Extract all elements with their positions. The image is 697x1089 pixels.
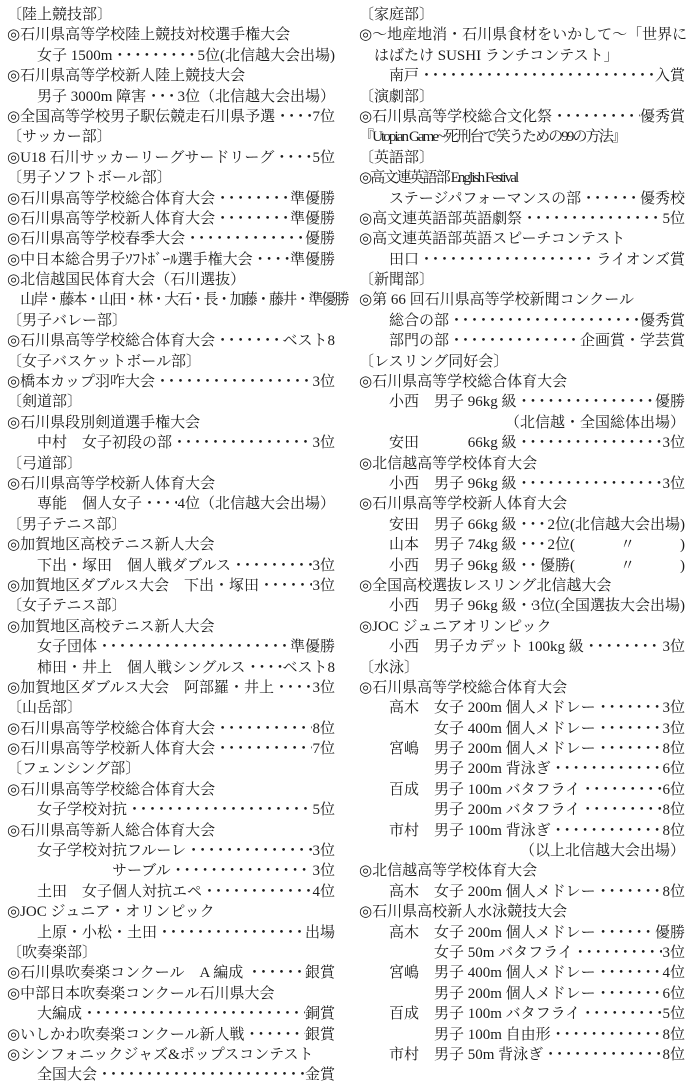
text-line: ◎石川県高等新人総合体育大会 <box>7 821 335 841</box>
entry-label: 高木 女子 200m 個人メドレー <box>359 923 596 943</box>
dot-leader: ・・・・ <box>517 515 548 535</box>
entry-line: （以上北信越大会出場） <box>359 841 685 861</box>
entry-label: ◎石川県高等学校新人体育大会 <box>7 739 215 759</box>
entry-line: 女子団体・・・・・・・・・・・・・・・・・・・・・・・・・準優勝 <box>7 637 335 657</box>
entry-result: 優勝( 〃 ) <box>540 556 685 576</box>
section-header: 〔演劇部〕 <box>359 87 685 107</box>
entry-result: 3位 <box>662 474 685 494</box>
text-line: ◎北信越高等学校体育大会 <box>359 454 685 474</box>
dot-leader: ・・・・・・・・ <box>581 189 640 209</box>
entry-result: 3位 <box>662 698 685 718</box>
column-right: 〔家庭部〕◎～地産地消・石川県食材をいかして～「世界に はばたけ SUSHI ラ… <box>359 5 685 1089</box>
entry-line: 小西 男子 96kg 級・・・・・・・・・・・・・・・・・・3位 <box>359 474 685 494</box>
entry-label: 小西 男子カデット 100kg 級 <box>359 637 584 657</box>
dot-leader: ・・・・・・・・・・・・・・・・・・・・・・・・・・ <box>97 1065 305 1085</box>
dot-leader: ・・・・・・・・・ <box>215 209 290 229</box>
entry-label: 宮嶋 男子 400m 個人メドレー <box>359 963 596 983</box>
entry-result: 銀賞 <box>305 1025 335 1045</box>
section-header: 〔レスリング同好会〕 <box>359 352 685 372</box>
entry-label: サーブル <box>7 861 171 881</box>
entry-result: 優秀校 <box>640 189 685 209</box>
entry-label: 柿田・井上 個人戦シングルス <box>7 658 245 678</box>
text-line: ◎JOC ジュニア・オリンピック <box>7 902 335 922</box>
entry-label: ◎石川県高等学校総合体育大会 <box>7 719 215 739</box>
entry-label: 女子学校対抗 <box>7 800 127 820</box>
entry-result: ベスト8 <box>282 658 335 678</box>
text-line: 山岸・藤本・山田・林・大石・長・加藤・藤井・準優勝 <box>7 290 335 310</box>
entry-line: ◎加賀地区ダブルス大会 下出・塚田・・・・・・・3位 <box>7 576 335 596</box>
entry-label: ◎全国高等学校男子駅伝競走石川県予選 <box>7 107 275 127</box>
entry-line: 男子 3000m 障害・・・・・3位（北信越大会出場） <box>7 87 335 107</box>
entry-line: 市村 男子 50m 背泳ぎ・・・・・・・・・・・・・・・8位 <box>359 1045 685 1065</box>
entry-label: ◎石川県高等学校総合体育大会 <box>7 331 215 351</box>
entry-line: サーブル・・・・・・・・・・・・・・・3位 <box>7 861 335 881</box>
entry-line: 小西 男子 96kg 級・・・・・・・・・・・・・・・・・・優勝 <box>359 392 685 412</box>
entry-line: ◎石川県高等学校新人体育大会・・・・・・・・・・・7位 <box>7 739 335 759</box>
entry-result: 8位 <box>662 1045 685 1065</box>
entry-result: 8位 <box>662 882 685 902</box>
entry-line: ◎石川県高等学校新人体育大会・・・・・・・・・準優勝 <box>7 209 335 229</box>
text-line: はばたけ SUSHI ランチコンテスト」 <box>359 46 685 66</box>
entry-line: 大編成・・・・・・・・・・・・・・・・・・・・・・・・・・・・銅賞 <box>7 1004 335 1024</box>
text-line: ◎石川県高等学校新人体育大会 <box>359 494 685 514</box>
dot-leader: ・・・・・・・・・・・ <box>215 719 312 739</box>
entry-result: 優秀賞 <box>640 107 685 127</box>
section-header: 〔水泳〕 <box>359 658 685 678</box>
text-line: ◎石川県高等学校総合体育大会 <box>359 372 685 392</box>
dot-leader: ・・・・ <box>275 107 312 127</box>
entry-result: 3位 <box>312 841 335 861</box>
dot-leader: ・・・・・・・・・・・ <box>573 943 663 963</box>
entry-label: 男子 3000m 障害 <box>7 87 146 107</box>
entry-line: 柿田・井上 個人戦シングルス・・・・・ベスト8 <box>7 658 335 678</box>
entry-label: 小西 男子 96kg 級 <box>359 474 517 494</box>
entry-line: 安田 66kg 級・・・・・・・・・・・・・・・・・・3位 <box>359 433 685 453</box>
dot-leader: ・・・・・・・・ <box>596 719 663 739</box>
entry-line: 下出・塚田 個人戦ダブルス・・・・・・・・・・・3位 <box>7 556 335 576</box>
dot-leader: ・・・・・・・・・・・ <box>231 556 313 576</box>
text-line: ◎全国高校選抜レスリング北信越大会 <box>359 576 685 596</box>
dot-leader: ・・・・・・・・ <box>215 331 282 351</box>
dot-leader: ・・・・・・・・・・・・・・・・・・・・・・ <box>419 250 596 270</box>
entry-label: 百成 男子 100m バタフライ <box>359 780 580 800</box>
dot-leader: ・・・・・・・・・・・・・・・ <box>171 861 313 881</box>
dot-leader: ・・・・・・・・ <box>596 984 663 1004</box>
entry-line: 男子 200m バタフライ・・・・・・・・・・8位 <box>359 800 685 820</box>
entry-line: 宮嶋 男子 400m 個人メドレー・・・・・・・・4位 <box>359 963 685 983</box>
dot-leader: ・・・・・・・・・・・・・・・・・・・・・・・・・・・・ <box>82 1004 305 1024</box>
dot-leader <box>359 413 505 433</box>
entry-line: 女子 50m バタフライ・・・・・・・・・・・3位 <box>359 943 685 963</box>
entry-result: 6位 <box>662 780 685 800</box>
section-header: 〔山岳部〕 <box>7 698 335 718</box>
entry-label: ◎橋本カップ羽咋大会 <box>7 372 155 392</box>
entry-label: 上原・小松・土田 <box>7 923 157 943</box>
entry-result: 4位 <box>662 963 685 983</box>
text-line: ◎北信越高等学校体育大会 <box>359 861 685 881</box>
entry-result: 3位 <box>312 678 335 698</box>
dot-leader: ・・・・・・・・・・・ <box>552 107 640 127</box>
entry-label: ◎加賀地区ダブルス大会 下出・塚田 <box>7 576 259 596</box>
dot-leader: ・・・・・・・・ <box>596 923 655 943</box>
entry-label: 男子 200m 個人メドレー <box>359 984 596 1004</box>
entry-label: 女子 50m バタフライ <box>359 943 573 963</box>
dot-leader: ・・・・ <box>517 535 548 555</box>
entry-result: 7位 <box>312 739 335 759</box>
text-line: ◎シンフォニックジャズ&ポップスコンテスト <box>7 1045 335 1065</box>
dot-leader: ・・ <box>517 596 533 616</box>
entry-result: 3位(全国選抜大会出場) <box>533 596 686 616</box>
dot-leader: ・・・・・・・・ <box>596 882 663 902</box>
entry-label: 男子 100m 自由形 <box>359 1025 551 1045</box>
entry-result: 3位 <box>312 372 335 392</box>
entry-result: 準優勝 <box>290 637 335 657</box>
dot-leader: ・・・・・・・・・ <box>215 189 290 209</box>
entry-label: 安田 男子 66kg 級 <box>359 515 517 535</box>
entry-result: 優秀賞 <box>640 311 685 331</box>
section-header: 〔女子テニス部〕 <box>7 596 335 616</box>
entry-line: 男子 200m 個人メドレー・・・・・・・・6位 <box>359 984 685 1004</box>
section-header: 〔陸上競技部〕 <box>7 5 335 25</box>
entry-label: ◎U18 石川サッカーリーグサードリーグ <box>7 148 274 168</box>
entry-result: 8位 <box>662 739 685 759</box>
dot-leader: ・・・・・・・・・・ <box>580 800 662 820</box>
entry-line: 上原・小松・土田・・・・・・・・・・・・・・・・・・・・出場 <box>7 923 335 943</box>
entry-label: 市村 男子 50m 背泳ぎ <box>359 1045 543 1065</box>
entry-line: 小西 男子 96kg 級・・・・優勝( 〃 ) <box>359 556 685 576</box>
entry-result: （北信越・全国総体出場） <box>505 413 685 433</box>
entry-line: 宮嶋 男子 200m 個人メドレー・・・・・・・・8位 <box>359 739 685 759</box>
text-line: ◎加賀地区高校テニス新人大会 <box>7 535 335 555</box>
dot-leader: ・・・・・・・・・・・・・・ <box>551 1025 663 1045</box>
section-header: 〔剣道部〕 <box>7 392 335 412</box>
entry-line: ◎石川県高等学校総合体育大会・・・・・・・・ベスト8 <box>7 331 335 351</box>
entry-result: 企画賞・学芸賞 <box>580 331 685 351</box>
entry-line: 百成 男子 100m バタフライ・・・・・・・・・・5位 <box>359 1004 685 1024</box>
entry-result: 4位 <box>312 882 335 902</box>
entry-result: 5位 <box>312 148 335 168</box>
entry-label: 女子 400m 個人メドレー <box>359 719 596 739</box>
entry-line: 部門の部・・・・・・・・・・・・・・・・・企画賞・学芸賞 <box>359 331 685 351</box>
dot-leader: ・・・・・・・・・・・・・・・・・・・・・・・・ <box>449 311 640 331</box>
entry-line: ◎いしかわ吹奏楽コンクール新人戦・・・・・・・銀賞 <box>7 1025 335 1045</box>
entry-label: 女子学校対抗フルーレ <box>7 841 186 861</box>
dot-leader: ・・・・・・・・・・・・・・・・・・ <box>517 392 655 412</box>
entry-label: 下出・塚田 個人戦ダブルス <box>7 556 231 576</box>
entry-label: 宮嶋 男子 200m 個人メドレー <box>359 739 596 759</box>
section-header: 〔男子ソフトボール部〕 <box>7 168 335 188</box>
section-header: 〔男子バレー部〕 <box>7 311 335 331</box>
dot-leader: ・・・・・ <box>253 250 290 270</box>
section-header: 〔男子テニス部〕 <box>7 515 335 535</box>
entry-result: 準優勝 <box>290 189 335 209</box>
entry-result: 金賞 <box>305 1065 335 1085</box>
entry-label: ◎石川県高等学校総合体育大会 <box>7 189 215 209</box>
dot-leader: ・・・・・・・・・・・・・・・・・・・・ <box>127 800 312 820</box>
dot-leader: ・・・・・・・・・・ <box>580 780 662 800</box>
entry-result: 銅賞 <box>305 1004 335 1024</box>
entry-result: 3位 <box>662 719 685 739</box>
text-line: ◎石川県高等学校総合体育大会 <box>359 678 685 698</box>
dot-leader: ・・・・・・・ <box>245 1025 305 1045</box>
entry-label: ◎中日本総合男子ｿﾌﾄﾎﾞｰﾙ選手権大会 <box>7 250 253 270</box>
text-line: ◎加賀地区高校テニス新人大会 <box>7 617 335 637</box>
entry-result: 5位 <box>312 800 335 820</box>
entry-label: 小西 男子 96kg 級 <box>359 556 517 576</box>
entry-line: ◎U18 石川サッカーリーグサードリーグ・・・・5位 <box>7 148 335 168</box>
entry-result: 優勝 <box>655 923 685 943</box>
entry-label: 男子 200m 背泳ぎ <box>359 759 551 779</box>
entry-line: 女子 1500m・・・・・・・・・5位(北信越大会出場) <box>7 46 335 66</box>
entry-line: 女子学校対抗・・・・・・・・・・・・・・・・・・・・5位 <box>7 800 335 820</box>
dot-leader: ・・・・・・・・・ <box>584 637 663 657</box>
section-header: 〔女子バスケットボール部〕 <box>7 352 335 372</box>
dot-leader: ・・・・・・・・・・・・・・・・・・ <box>172 433 312 453</box>
text-line: ◎石川県高等学校新人体育大会 <box>7 474 335 494</box>
column-left: 〔陸上競技部〕◎石川県高等学校陸上競技対校選手権大会 女子 1500m・・・・・… <box>7 5 335 1089</box>
text-line: ◎石川県高等学校新人陸上競技大会 <box>7 66 335 86</box>
dot-leader: ・・・・・・・・・・・・・・・ <box>543 1045 662 1065</box>
entry-line: 小西 男子カデット 100kg 級・・・・・・・・・3位 <box>359 637 685 657</box>
dot-leader: ・・・・・・・・・・・・・・・・・・・・・・・・・・・・・・ <box>419 66 655 86</box>
entry-result: 3位 <box>312 861 335 881</box>
entry-result: 3位 <box>312 433 335 453</box>
entry-label: 専能 個人女子 <box>7 494 142 514</box>
entry-line: ◎中日本総合男子ｿﾌﾄﾎﾞｰﾙ選手権大会・・・・・準優勝 <box>7 250 335 270</box>
entry-line: 専能 個人女子・・・・・・4位（北信越大会出場） <box>7 494 335 514</box>
dot-leader: ・・・・・・・・・・・・・・ <box>551 759 663 779</box>
entry-line: 総合の部・・・・・・・・・・・・・・・・・・・・・・・・優秀賞 <box>359 311 685 331</box>
entry-line: ◎石川県高等学校春季大会・・・・・・・・・・・・・・・優勝 <box>7 229 335 249</box>
text-line: ◎石川県段別剣道選手権大会 <box>7 413 335 433</box>
entry-line: 全国大会・・・・・・・・・・・・・・・・・・・・・・・・・・金賞 <box>7 1065 335 1085</box>
dot-leader: ・・・・・・・ <box>247 963 305 983</box>
entry-line: 市村 男子 100m 背泳ぎ・・・・・・・・・・・・・・8位 <box>359 821 685 841</box>
entry-line: 南戸・・・・・・・・・・・・・・・・・・・・・・・・・・・・・・入賞 <box>359 66 685 86</box>
dot-leader: ・・・・・・・・・・・ <box>215 739 312 759</box>
dot-leader: ・・・・・・・・・・ <box>580 1004 662 1024</box>
dot-leader: ・・・・・・・・・ <box>112 46 197 66</box>
entry-result: 3位 <box>312 556 335 576</box>
entry-line: 百成 男子 100m バタフライ・・・・・・・・・・6位 <box>359 780 685 800</box>
entry-label: 南戸 <box>359 66 419 86</box>
entry-line: 高木 女子 200m 個人メドレー・・・・・・・・3位 <box>359 698 685 718</box>
entry-label: 市村 男子 100m 背泳ぎ <box>359 821 551 841</box>
text-line: ◎石川県高等学校総合体育大会 <box>7 780 335 800</box>
entry-line: ステージパフォーマンスの部・・・・・・・・優秀校 <box>359 189 685 209</box>
entry-result: 8位 <box>662 1025 685 1045</box>
entry-line: 男子 100m 自由形・・・・・・・・・・・・・・8位 <box>359 1025 685 1045</box>
entry-line: ◎石川県高等学校総合体育大会・・・・・・・・・・・8位 <box>7 719 335 739</box>
text-line: ◎高文連英語部 English Festival <box>359 168 685 188</box>
entry-label: 男子 200m バタフライ <box>359 800 580 820</box>
entry-result: 優勝 <box>655 392 685 412</box>
entry-result: 5位 <box>662 209 685 229</box>
text-line: ◎中部日本吹奏楽コンクール石川県大会 <box>7 984 335 1004</box>
dot-leader: ・・・・・・・・・・・・・・・・・・・・ <box>157 923 305 943</box>
entry-line: 高木 女子 200m 個人メドレー・・・・・・・・8位 <box>359 882 685 902</box>
entry-result: 3位 <box>662 637 685 657</box>
entry-label: ◎石川県吹奏楽コンクール A 編成 <box>7 963 247 983</box>
entry-result: 準優勝 <box>290 250 335 270</box>
entry-result: 3位（北信越大会出場） <box>177 87 335 107</box>
entry-label: 女子団体 <box>7 637 97 657</box>
section-header: 〔サッカー部〕 <box>7 127 335 147</box>
dot-leader: ・・・・・・・ <box>259 576 312 596</box>
text-line: ◎～地産地消・石川県食材をいかして～「世界に <box>359 25 685 45</box>
entry-result: 3位 <box>662 943 685 963</box>
dot-leader: ・・・・ <box>274 148 312 168</box>
dot-leader: ・・・・・・・・・・・・・・・・・・ <box>517 433 663 453</box>
text-line: ◎北信越国民体育大会（石川選抜） <box>7 270 335 290</box>
section-header: 〔フェンシング部〕 <box>7 759 335 779</box>
entry-label: 田口 <box>359 250 419 270</box>
entry-result: 5位(北信越大会出場) <box>198 46 336 66</box>
entry-label: 土田 女子個人対抗エペ <box>7 882 202 902</box>
entry-label: 百成 男子 100m バタフライ <box>359 1004 580 1024</box>
entry-result: 優勝 <box>305 229 335 249</box>
entry-label: 全国大会 <box>7 1065 97 1085</box>
entry-line: 男子 200m 背泳ぎ・・・・・・・・・・・・・・6位 <box>359 759 685 779</box>
entry-line: 女子 400m 個人メドレー・・・・・・・・3位 <box>359 719 685 739</box>
entry-label: ◎石川県高等学校総合文化祭 <box>359 107 552 127</box>
entry-line: 安田 男子 66kg 級・・・・2位(北信越大会出場) <box>359 515 685 535</box>
dot-leader: ・・・・・・・・・・・・・・ <box>202 882 312 902</box>
text-line: ◎石川県高校新人水泳競技大会 <box>359 902 685 922</box>
entry-line: ◎石川県高等学校総合文化祭・・・・・・・・・・・優秀賞 <box>359 107 685 127</box>
entry-label: 安田 66kg 級 <box>359 433 517 453</box>
dot-leader: ・・・・・ <box>274 678 312 698</box>
entry-line: ◎橋本カップ羽咋大会・・・・・・・・・・・・・・・・・・・3位 <box>7 372 335 392</box>
dot-leader: ・・・・・・・・・・・・・・・ <box>185 229 305 249</box>
entry-result: （以上北信越大会出場） <box>520 841 685 861</box>
entry-result: 7位 <box>312 107 335 127</box>
entry-line: （北信越・全国総体出場） <box>359 413 685 433</box>
entry-result: 準優勝 <box>290 209 335 229</box>
entry-label: ◎加賀地区ダブルス大会 阿部羅・井上 <box>7 678 274 698</box>
entry-result: 8位 <box>662 821 685 841</box>
entry-line: ◎加賀地区ダブルス大会 阿部羅・井上・・・・・3位 <box>7 678 335 698</box>
entry-result: 6位 <box>662 759 685 779</box>
text-line: ◎高文連英語部英語スピーチコンテスト <box>359 229 685 249</box>
entry-line: 小西 男子 96kg 級・・3位(全国選抜大会出場) <box>359 596 685 616</box>
entry-line: 高木 女子 200m 個人メドレー・・・・・・・・優勝 <box>359 923 685 943</box>
entry-line: 中村 女子初段の部・・・・・・・・・・・・・・・・・・3位 <box>7 433 335 453</box>
text-line: ◎JOC ジュニアオリンピック <box>359 617 685 637</box>
section-header: 〔吹奏楽部〕 <box>7 943 335 963</box>
dot-leader: ・・・・・・・・・・・・・・・・ <box>186 841 312 861</box>
dot-leader: ・・・・・・・・・・・・・・・・・・・ <box>155 372 313 392</box>
entry-label: 山本 男子 74kg 級 <box>359 535 517 555</box>
entry-result: ライオンズ賞 <box>596 250 685 270</box>
entry-label: ◎高文連英語部英語劇祭 <box>359 209 522 229</box>
entry-result: 2位(北信越大会出場) <box>548 515 686 535</box>
dot-leader <box>359 841 520 861</box>
entry-label: 大編成 <box>7 1004 82 1024</box>
entry-line: ◎高文連英語部英語劇祭・・・・・・・・・・・・・・・・・・5位 <box>359 209 685 229</box>
entry-label: 小西 男子 96kg 級 <box>359 392 517 412</box>
entry-result: 3位 <box>312 576 335 596</box>
entry-line: ◎全国高等学校男子駅伝競走石川県予選・・・・7位 <box>7 107 335 127</box>
dot-leader: ・・・・・ <box>146 87 177 107</box>
entry-line: 土田 女子個人対抗エペ・・・・・・・・・・・・・・4位 <box>7 882 335 902</box>
dot-leader: ・・・・・・・・・・・・・・・・・・・・・・・・・ <box>97 637 290 657</box>
entry-line: 山本 男子 74kg 級・・・・2位( 〃 ) <box>359 535 685 555</box>
entry-result: 銀賞 <box>305 963 335 983</box>
entry-result: 4位（北信越大会出場） <box>177 494 335 514</box>
entry-label: 小西 男子 96kg 級 <box>359 596 517 616</box>
entry-label: ◎いしかわ吹奏楽コンクール新人戦 <box>7 1025 245 1045</box>
entry-label: 高木 女子 200m 個人メドレー <box>359 698 596 718</box>
dot-leader: ・・・・ <box>517 556 540 576</box>
dot-leader: ・・・・・・・・・・・・・・・・・・ <box>517 474 663 494</box>
dot-leader: ・・・・・・・・・・・・・・・・・・ <box>522 209 662 229</box>
entry-result: 3位 <box>662 433 685 453</box>
text-line: ◎第 66 回石川県高等学校新聞コンクール <box>359 290 685 310</box>
entry-label: 中村 女子初段の部 <box>7 433 172 453</box>
entry-result: 8位 <box>312 719 335 739</box>
section-header: 〔英語部〕 <box>359 148 685 168</box>
entry-result: 5位 <box>662 1004 685 1024</box>
entry-label: 部門の部 <box>359 331 449 351</box>
entry-result: 8位 <box>662 800 685 820</box>
entry-line: 女子学校対抗フルーレ・・・・・・・・・・・・・・・・3位 <box>7 841 335 861</box>
entry-line: 田口・・・・・・・・・・・・・・・・・・・・・・ライオンズ賞 <box>359 250 685 270</box>
entry-result: 出場 <box>305 923 335 943</box>
section-header: 〔弓道部〕 <box>7 454 335 474</box>
dot-leader: ・・・・・・・・・・・・・・ <box>551 821 663 841</box>
entry-result: 2位( 〃 ) <box>548 535 686 555</box>
section-header: 〔新聞部〕 <box>359 270 685 290</box>
dot-leader: ・・・・・・・・ <box>596 739 663 759</box>
entry-label: ◎石川県高等学校新人体育大会 <box>7 209 215 229</box>
text-line: ◎石川県高等学校陸上競技対校選手権大会 <box>7 25 335 45</box>
results-document: 〔陸上競技部〕◎石川県高等学校陸上競技対校選手権大会 女子 1500m・・・・・… <box>0 0 697 1089</box>
dot-leader: ・・・・・ <box>245 658 282 678</box>
section-header: 〔家庭部〕 <box>359 5 685 25</box>
dot-leader: ・・・・・・ <box>142 494 177 514</box>
dot-leader: ・・・・・・・・ <box>596 698 663 718</box>
text-line: 『Utopian Game~死刑台で笑うための99の方法』 <box>359 127 685 147</box>
entry-label: 高木 女子 200m 個人メドレー <box>359 882 596 902</box>
entry-result: 入賞 <box>655 66 685 86</box>
entry-result: 6位 <box>662 984 685 1004</box>
entry-line: ◎石川県吹奏楽コンクール A 編成 ・・・・・・・銀賞 <box>7 963 335 983</box>
dot-leader: ・・・・・・・・ <box>596 963 663 983</box>
entry-result: ベスト8 <box>282 331 335 351</box>
entry-label: ◎石川県高等学校春季大会 <box>7 229 185 249</box>
entry-label: 総合の部 <box>359 311 449 331</box>
entry-label: 女子 1500m <box>7 46 112 66</box>
dot-leader: ・・・・・・・・・・・・・・・・・ <box>449 331 580 351</box>
entry-label: ステージパフォーマンスの部 <box>359 189 581 209</box>
entry-line: ◎石川県高等学校総合体育大会・・・・・・・・・準優勝 <box>7 189 335 209</box>
